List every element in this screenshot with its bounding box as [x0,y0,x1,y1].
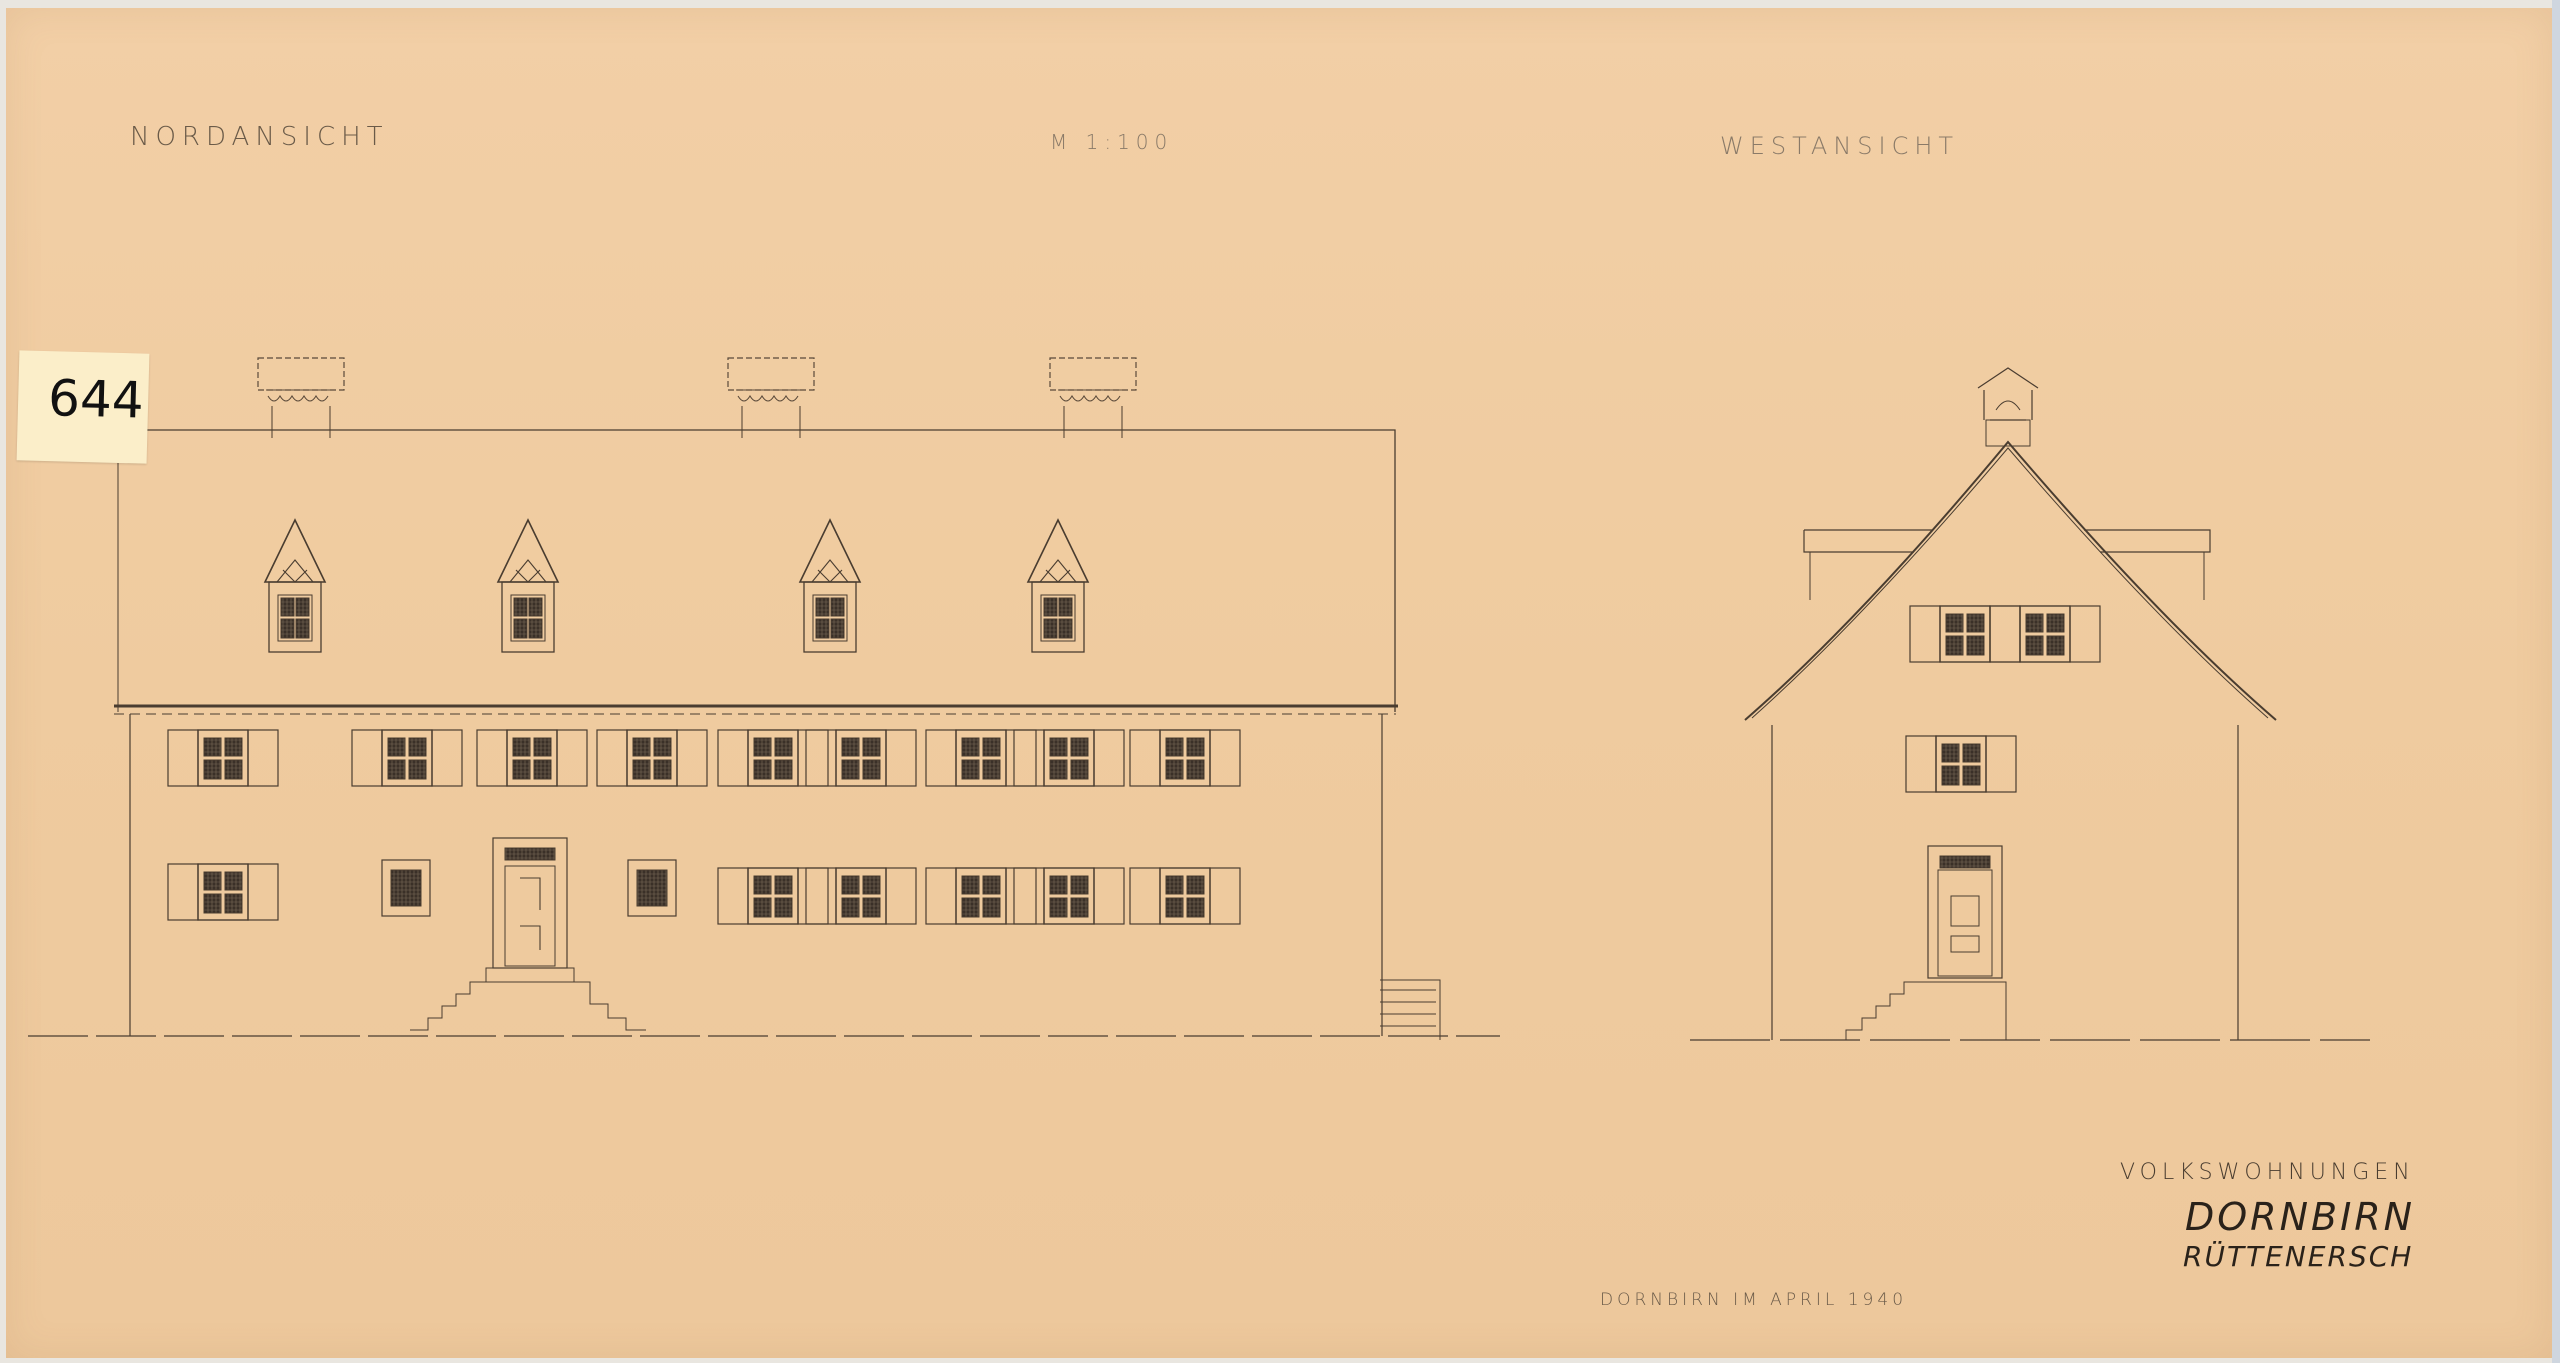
scan-edge [2552,0,2560,1363]
project-title: VOLKSWOHNUNGEN [2120,1160,2415,1185]
north-elevation [28,358,1500,1040]
catalog-number: 644 [47,369,144,429]
scale-label: M 1:100 [1050,130,1173,154]
date-line: DORNBIRN IM APRIL 1940 [1600,1290,1907,1310]
west-elevation-title: WESTANSICHT [1720,132,1959,160]
city-title: DORNBIRN [2185,1195,2415,1239]
north-elevation-title: NORDANSICHT [130,122,389,152]
district-title: RÜTTENERSCH [2183,1240,2413,1273]
west-elevation [1690,368,2370,1040]
elevation-drawings [0,0,2560,1363]
catalog-number-tag: 644 [17,350,150,463]
